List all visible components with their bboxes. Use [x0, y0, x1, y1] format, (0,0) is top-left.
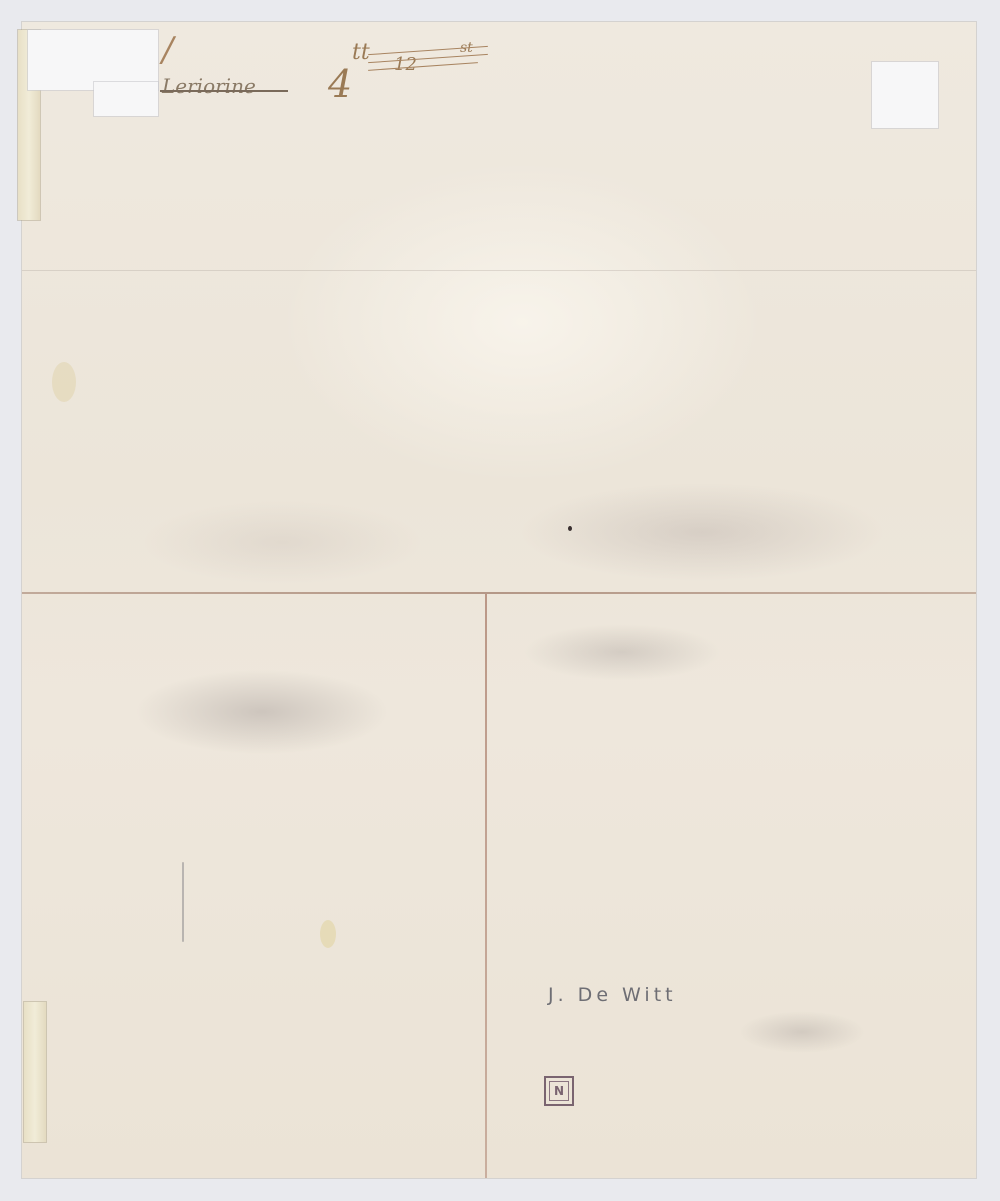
top-right-paper-patch — [872, 62, 938, 128]
horizontal-fold-line — [22, 592, 976, 594]
inscription-struck-word: Leriorine — [162, 74, 256, 98]
stain-spot-2 — [320, 920, 336, 948]
vertical-fold-line — [485, 594, 487, 1178]
drawing-sheet-verso: / Leriorine 4 tt 12 st J. De Witt N — [22, 22, 976, 1178]
inscription-slash: / — [162, 30, 173, 70]
collector-stamp: N — [544, 1076, 574, 1106]
inscription-struck-price: 12 — [394, 54, 417, 75]
top-left-paper-patch-lower — [94, 82, 158, 116]
stain-spot — [52, 362, 76, 402]
pencil-signature: J. De Witt — [548, 984, 677, 1006]
inscription-price-superscript: tt — [352, 40, 370, 65]
price-strikethrough-3 — [368, 62, 478, 71]
left-bottom-hinge — [24, 1002, 46, 1142]
pencil-marks — [182, 862, 184, 942]
ink-spot — [568, 526, 572, 531]
top-left-paper-patch — [28, 30, 158, 90]
strikethrough-line — [160, 90, 288, 92]
faint-fold-line — [22, 270, 976, 271]
inscription-price: 4 — [328, 62, 352, 106]
collector-stamp-mark: N — [549, 1081, 569, 1101]
